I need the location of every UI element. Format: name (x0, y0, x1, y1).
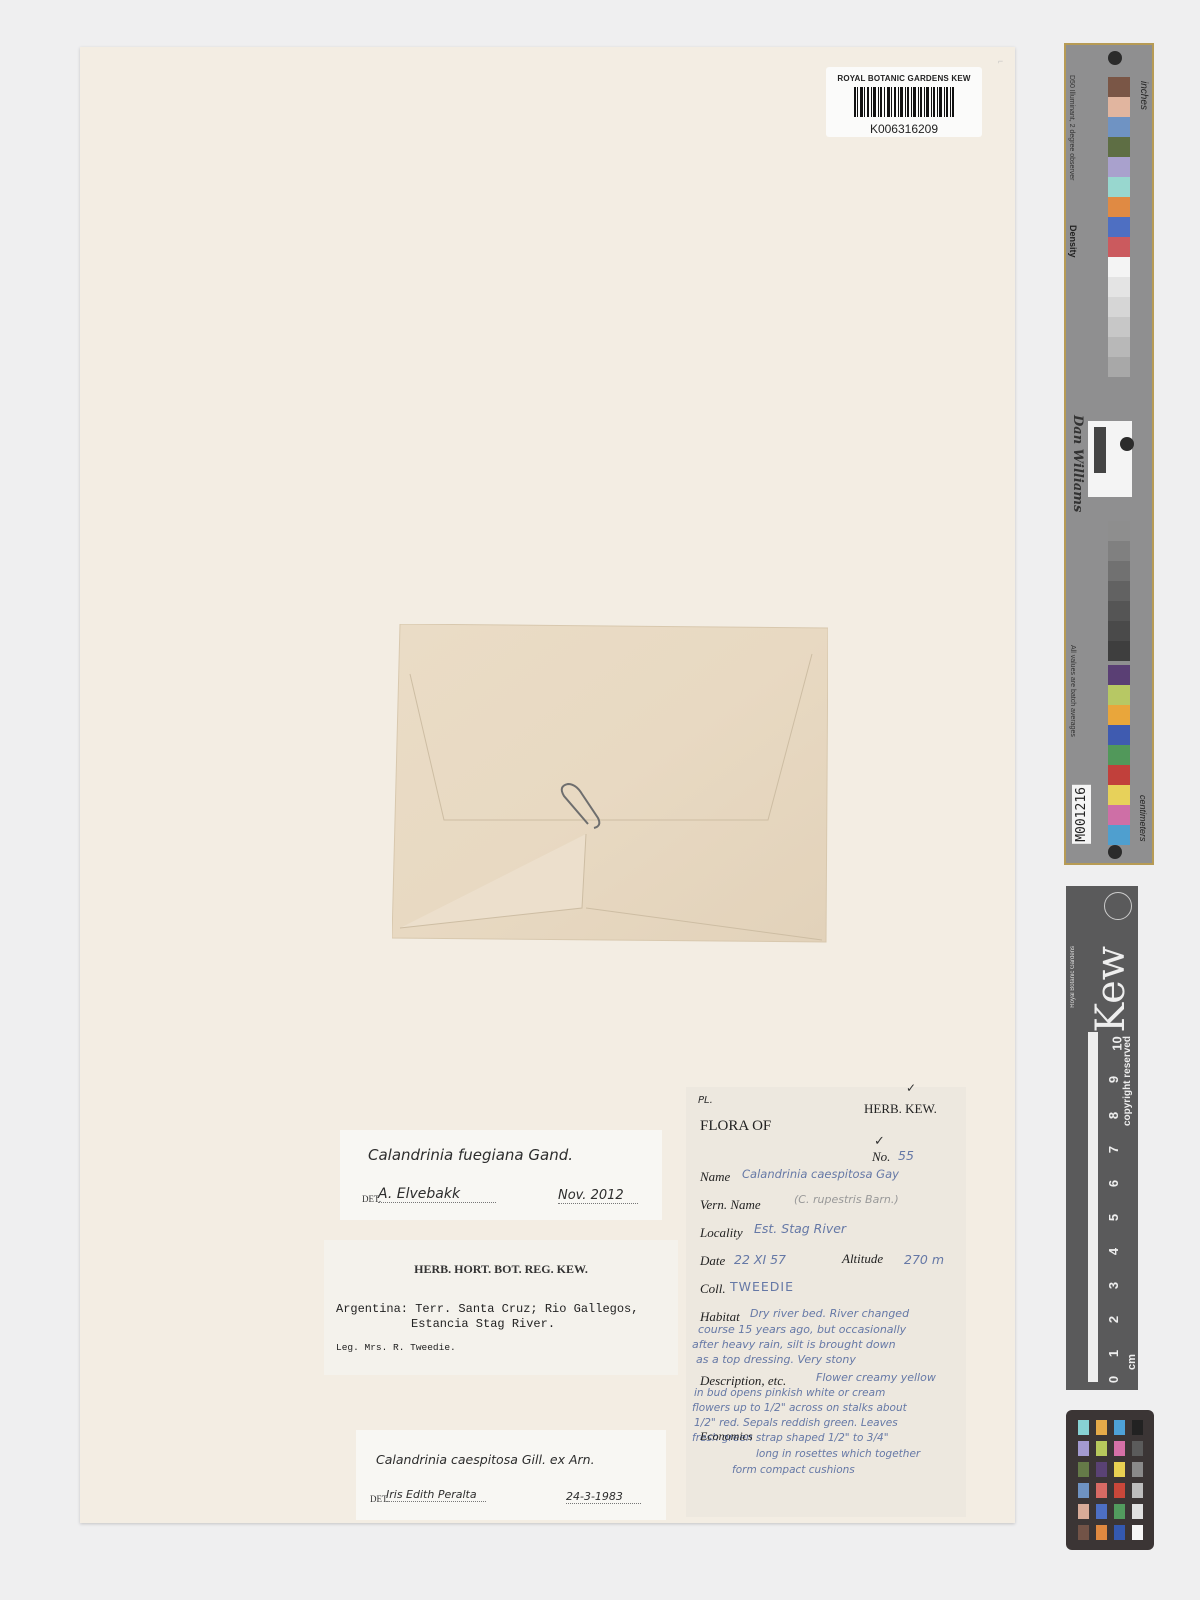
determination-date: 24-3-1983 (566, 1490, 641, 1504)
checker-patch (1078, 1483, 1089, 1498)
collector-label: Coll. (700, 1281, 726, 1297)
number-label: No. (872, 1149, 890, 1165)
checker-patch (1114, 1420, 1125, 1435)
checker-patch (1096, 1420, 1107, 1435)
color-swatch-column (1108, 77, 1130, 377)
habitat-line: Dry river bed. River changed (750, 1307, 909, 1320)
dark-gray-column (1108, 521, 1130, 661)
flora-title: FLORA OF (700, 1118, 771, 1135)
color-swatch (1108, 97, 1130, 117)
kew-subtitle: Royal Botanic Gardens (1070, 946, 1076, 1008)
scale-tick: 2 (1106, 1316, 1121, 1323)
altitude-value: 270 m (904, 1252, 944, 1267)
checker-patch (1096, 1483, 1107, 1498)
checkmark-icon: ✓ (874, 1133, 885, 1149)
scale-tick: 10 (1110, 1036, 1125, 1050)
checker-patch (1132, 1441, 1143, 1456)
checker-patch (1114, 1441, 1125, 1456)
checker-patch (1132, 1504, 1143, 1519)
scale-tick: 3 (1106, 1282, 1121, 1289)
brand-name: Dan Williams (1070, 415, 1085, 512)
locality-line-1: Argentina: Terr. Santa Cruz; Rio Gallego… (336, 1302, 638, 1316)
gray-swatch (1108, 277, 1130, 297)
color-swatch (1108, 157, 1130, 177)
corner-pencil-mark: ⌐ (998, 56, 1003, 66)
centimeters-label: centimeters (1138, 795, 1148, 842)
locality-label: Locality (700, 1225, 743, 1241)
gray-swatch (1108, 357, 1130, 377)
checkmark-icon: ✓ (906, 1081, 916, 1096)
habitat-line: after heavy rain, silt is brought down (692, 1338, 896, 1351)
herbarium-name: HERB. KEW. (864, 1101, 937, 1117)
target-id: M001216 (1072, 785, 1091, 844)
checker-patch (1078, 1462, 1089, 1477)
density-label: Density (1068, 225, 1078, 258)
determiner-name: Iris Edith Peralta (386, 1488, 486, 1502)
barcode-icon (854, 87, 954, 117)
checker-patch (1078, 1441, 1089, 1456)
batch-note: All values are batch averages (1069, 645, 1076, 737)
date-label: Date (700, 1253, 725, 1269)
habitat-line: course 15 years ago, but occasionally (698, 1323, 906, 1336)
checker-patch (1114, 1504, 1125, 1519)
color-swatch-column-bottom (1108, 665, 1130, 845)
description-line: in bud opens pinkish white or cream (694, 1387, 885, 1399)
mounting-hole-icon (1108, 51, 1122, 65)
determination-label-1: Calandrinia fuegiana Gand. DET. A. Elveb… (340, 1130, 662, 1220)
description-line: form compact cushions (732, 1464, 855, 1476)
economics-label: Economics (700, 1429, 753, 1444)
checker-patch (1132, 1525, 1143, 1540)
color-swatch (1108, 177, 1130, 197)
date-value: 22 XI 57 (734, 1252, 786, 1267)
color-swatch (1108, 77, 1130, 97)
altitude-label: Altitude (842, 1251, 883, 1267)
cm-scale (1066, 1032, 1106, 1382)
color-swatch (1108, 197, 1130, 217)
name-label: Name (700, 1169, 730, 1185)
illuminant-note: D50 Illuminant, 2 degree observer (1068, 75, 1075, 180)
description-line: Flower creamy yellow (816, 1371, 936, 1384)
checker-patch (1132, 1483, 1143, 1498)
checker-patch (1096, 1525, 1107, 1540)
determination-date: Nov. 2012 (558, 1188, 638, 1204)
description-line: long in rosettes which together (756, 1448, 920, 1460)
resolution-target (1088, 421, 1132, 497)
color-swatch (1108, 237, 1130, 257)
checker-patch (1096, 1504, 1107, 1519)
checker-patch (1132, 1420, 1143, 1435)
color-swatch (1108, 217, 1130, 237)
kew-logo: Kew (1088, 946, 1134, 1033)
kew-collection-label: HERB. HORT. BOT. REG. KEW. Argentina: Te… (324, 1240, 678, 1375)
barcode-number: K006316209 (826, 122, 982, 136)
color-swatch (1108, 137, 1130, 157)
scale-tick: 8 (1106, 1112, 1121, 1119)
locality-value: Est. Stag River (754, 1221, 846, 1236)
checker-patch (1132, 1462, 1143, 1477)
scale-tick: 6 (1106, 1180, 1121, 1187)
royal-crest-icon (1104, 892, 1132, 920)
gray-swatch (1108, 297, 1130, 317)
checker-patch (1078, 1504, 1089, 1519)
corner-note: PL. (698, 1095, 713, 1106)
kew-scale-bar: Kew Royal Botanic Gardens copyright rese… (1066, 886, 1138, 1390)
scale-tick: 7 (1106, 1146, 1121, 1153)
label-header: HERB. HORT. BOT. REG. KEW. (324, 1262, 678, 1277)
checker-patch (1078, 1525, 1089, 1540)
scale-tick: 5 (1106, 1214, 1121, 1221)
checker-patch (1114, 1525, 1125, 1540)
checker-patch (1078, 1420, 1089, 1435)
barcode-label: ROYAL BOTANIC GARDENS KEW K006316209 (826, 67, 982, 137)
gray-swatch (1108, 337, 1130, 357)
flora-of-label: PL. ✓ HERB. KEW. FLORA OF ✓ No. 55 Name … (686, 1087, 966, 1517)
institution-name: ROYAL BOTANIC GARDENS KEW (826, 74, 982, 83)
mounting-hole-icon (1108, 845, 1122, 859)
vern-name-value: (C. rupestris Barn.) (794, 1193, 899, 1206)
determination-label-2: Calandrinia caespitosa Gill. ex Arn. DET… (356, 1430, 666, 1520)
taxon-name: Calandrinia caespitosa Gill. ex Arn. (376, 1452, 595, 1467)
locality-line-2: Estancia Stag River. (411, 1317, 555, 1331)
description-line: 1/2" red. Sepals reddish green. Leaves (694, 1417, 898, 1429)
scale-tick: 4 (1106, 1248, 1121, 1255)
collector-line: Leg. Mrs. R. Tweedie. (336, 1342, 456, 1353)
description-line: flowers up to 1/2" across on stalks abou… (692, 1402, 907, 1414)
name-value: Calandrinia caespitosa Gay (742, 1167, 899, 1181)
taxon-name: Calandrinia fuegiana Gand. (368, 1146, 573, 1164)
collector-value: TWEEDIE (730, 1279, 794, 1294)
scale-tick: 1 (1106, 1350, 1121, 1357)
number-value: 55 (898, 1148, 914, 1163)
inches-label: inches (1138, 81, 1149, 110)
color-checker-card (1066, 1410, 1154, 1550)
color-calibration-target: D50 Illuminant, 2 degree observer inches… (1064, 43, 1154, 865)
unit-label: cm (1126, 1354, 1138, 1370)
fragment-envelope (392, 624, 828, 944)
gray-swatch (1108, 317, 1130, 337)
checker-patch (1114, 1483, 1125, 1498)
determiner-name: A. Elvebakk (378, 1186, 496, 1203)
checker-patch (1096, 1462, 1107, 1477)
checker-patch (1114, 1462, 1125, 1477)
gray-swatch (1108, 257, 1130, 277)
vern-name-label: Vern. Name (700, 1197, 761, 1213)
color-swatch (1108, 117, 1130, 137)
scale-tick: 9 (1106, 1076, 1121, 1083)
mounting-hole-icon (1120, 437, 1134, 451)
checker-patch (1096, 1441, 1107, 1456)
scale-tick: 0 (1106, 1376, 1121, 1383)
habitat-line: as a top dressing. Very stony (696, 1353, 856, 1366)
